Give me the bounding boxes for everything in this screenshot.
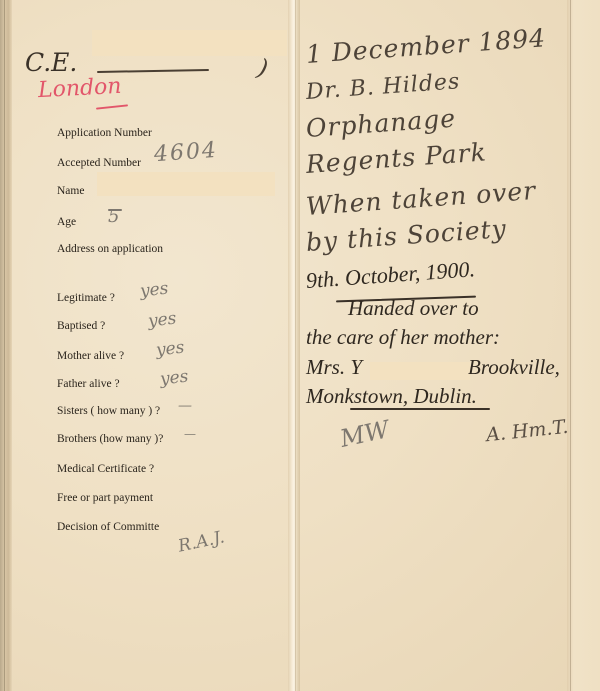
header-close-mark: ) bbox=[255, 53, 271, 82]
redacted-surname bbox=[92, 30, 287, 56]
center-fold bbox=[288, 0, 300, 691]
label-sisters: Sisters ( how many ) ? bbox=[57, 405, 160, 417]
document-scan: C.E. ) London Application Number Accepte… bbox=[0, 0, 600, 691]
label-medical-certificate: Medical Certificate ? bbox=[57, 463, 154, 475]
form-panel: C.E. ) London Application Number Accepte… bbox=[12, 0, 288, 691]
label-payment: Free or part payment bbox=[57, 492, 153, 504]
note-handed-over: Handed over to bbox=[348, 296, 479, 321]
initials-mw: MW bbox=[338, 415, 392, 453]
redacted-name bbox=[97, 172, 275, 196]
committee-initials: R.A.J. bbox=[176, 527, 226, 556]
note-address-town: Monkstown, Dublin. bbox=[306, 384, 477, 409]
right-fold bbox=[567, 0, 600, 691]
label-baptised: Baptised ? bbox=[57, 320, 105, 332]
label-mother-alive: Mother alive ? bbox=[57, 350, 124, 362]
note-mother-name: Mrs. Y bbox=[306, 355, 362, 380]
note-orphanage: Orphanage bbox=[305, 104, 457, 143]
label-father-alive: Father alive ? bbox=[57, 378, 120, 390]
value-accepted-number: 4604 bbox=[153, 138, 219, 167]
note-handover-date: 9th. October, 1900. bbox=[305, 256, 476, 294]
value-brothers: — bbox=[184, 427, 196, 441]
value-baptised: yes bbox=[147, 309, 177, 332]
label-accepted-number: Accepted Number bbox=[57, 157, 141, 169]
note-society: by this Society bbox=[305, 214, 508, 257]
redacted-mother-surname bbox=[370, 362, 470, 380]
label-committee-decision: Decision of Committe bbox=[57, 521, 159, 533]
value-mother-alive: yes bbox=[155, 338, 185, 361]
location-london: London bbox=[37, 74, 122, 103]
label-name: Name bbox=[57, 185, 84, 197]
london-underline bbox=[96, 104, 128, 109]
value-legitimate: yes bbox=[139, 279, 169, 302]
notes-panel: 1 December 1894 Dr. B. Hildes Orphanage … bbox=[300, 0, 567, 691]
address-underline bbox=[350, 408, 490, 410]
header-initials: C.E. bbox=[25, 48, 77, 77]
value-sisters: — bbox=[178, 398, 192, 414]
initials-signature: A. Hm.T. bbox=[485, 416, 569, 446]
label-legitimate: Legitimate ? bbox=[57, 292, 115, 304]
label-age: Age bbox=[57, 216, 76, 228]
note-doctor: Dr. B. Hildes bbox=[305, 69, 461, 105]
label-brothers: Brothers (how many )? bbox=[57, 433, 163, 445]
age-overline bbox=[108, 209, 122, 211]
left-paper-edge bbox=[0, 0, 12, 691]
label-application-number: Application Number bbox=[57, 127, 152, 139]
note-address-street: Brookville, bbox=[468, 355, 560, 380]
value-father-alive: yes bbox=[159, 367, 189, 390]
note-care-of-mother: the care of her mother: bbox=[306, 325, 500, 350]
note-location: Regents Park bbox=[305, 137, 488, 179]
note-date-received: 1 December 1894 bbox=[305, 23, 547, 69]
label-address: Address on application bbox=[57, 243, 163, 255]
name-underline bbox=[97, 69, 209, 73]
